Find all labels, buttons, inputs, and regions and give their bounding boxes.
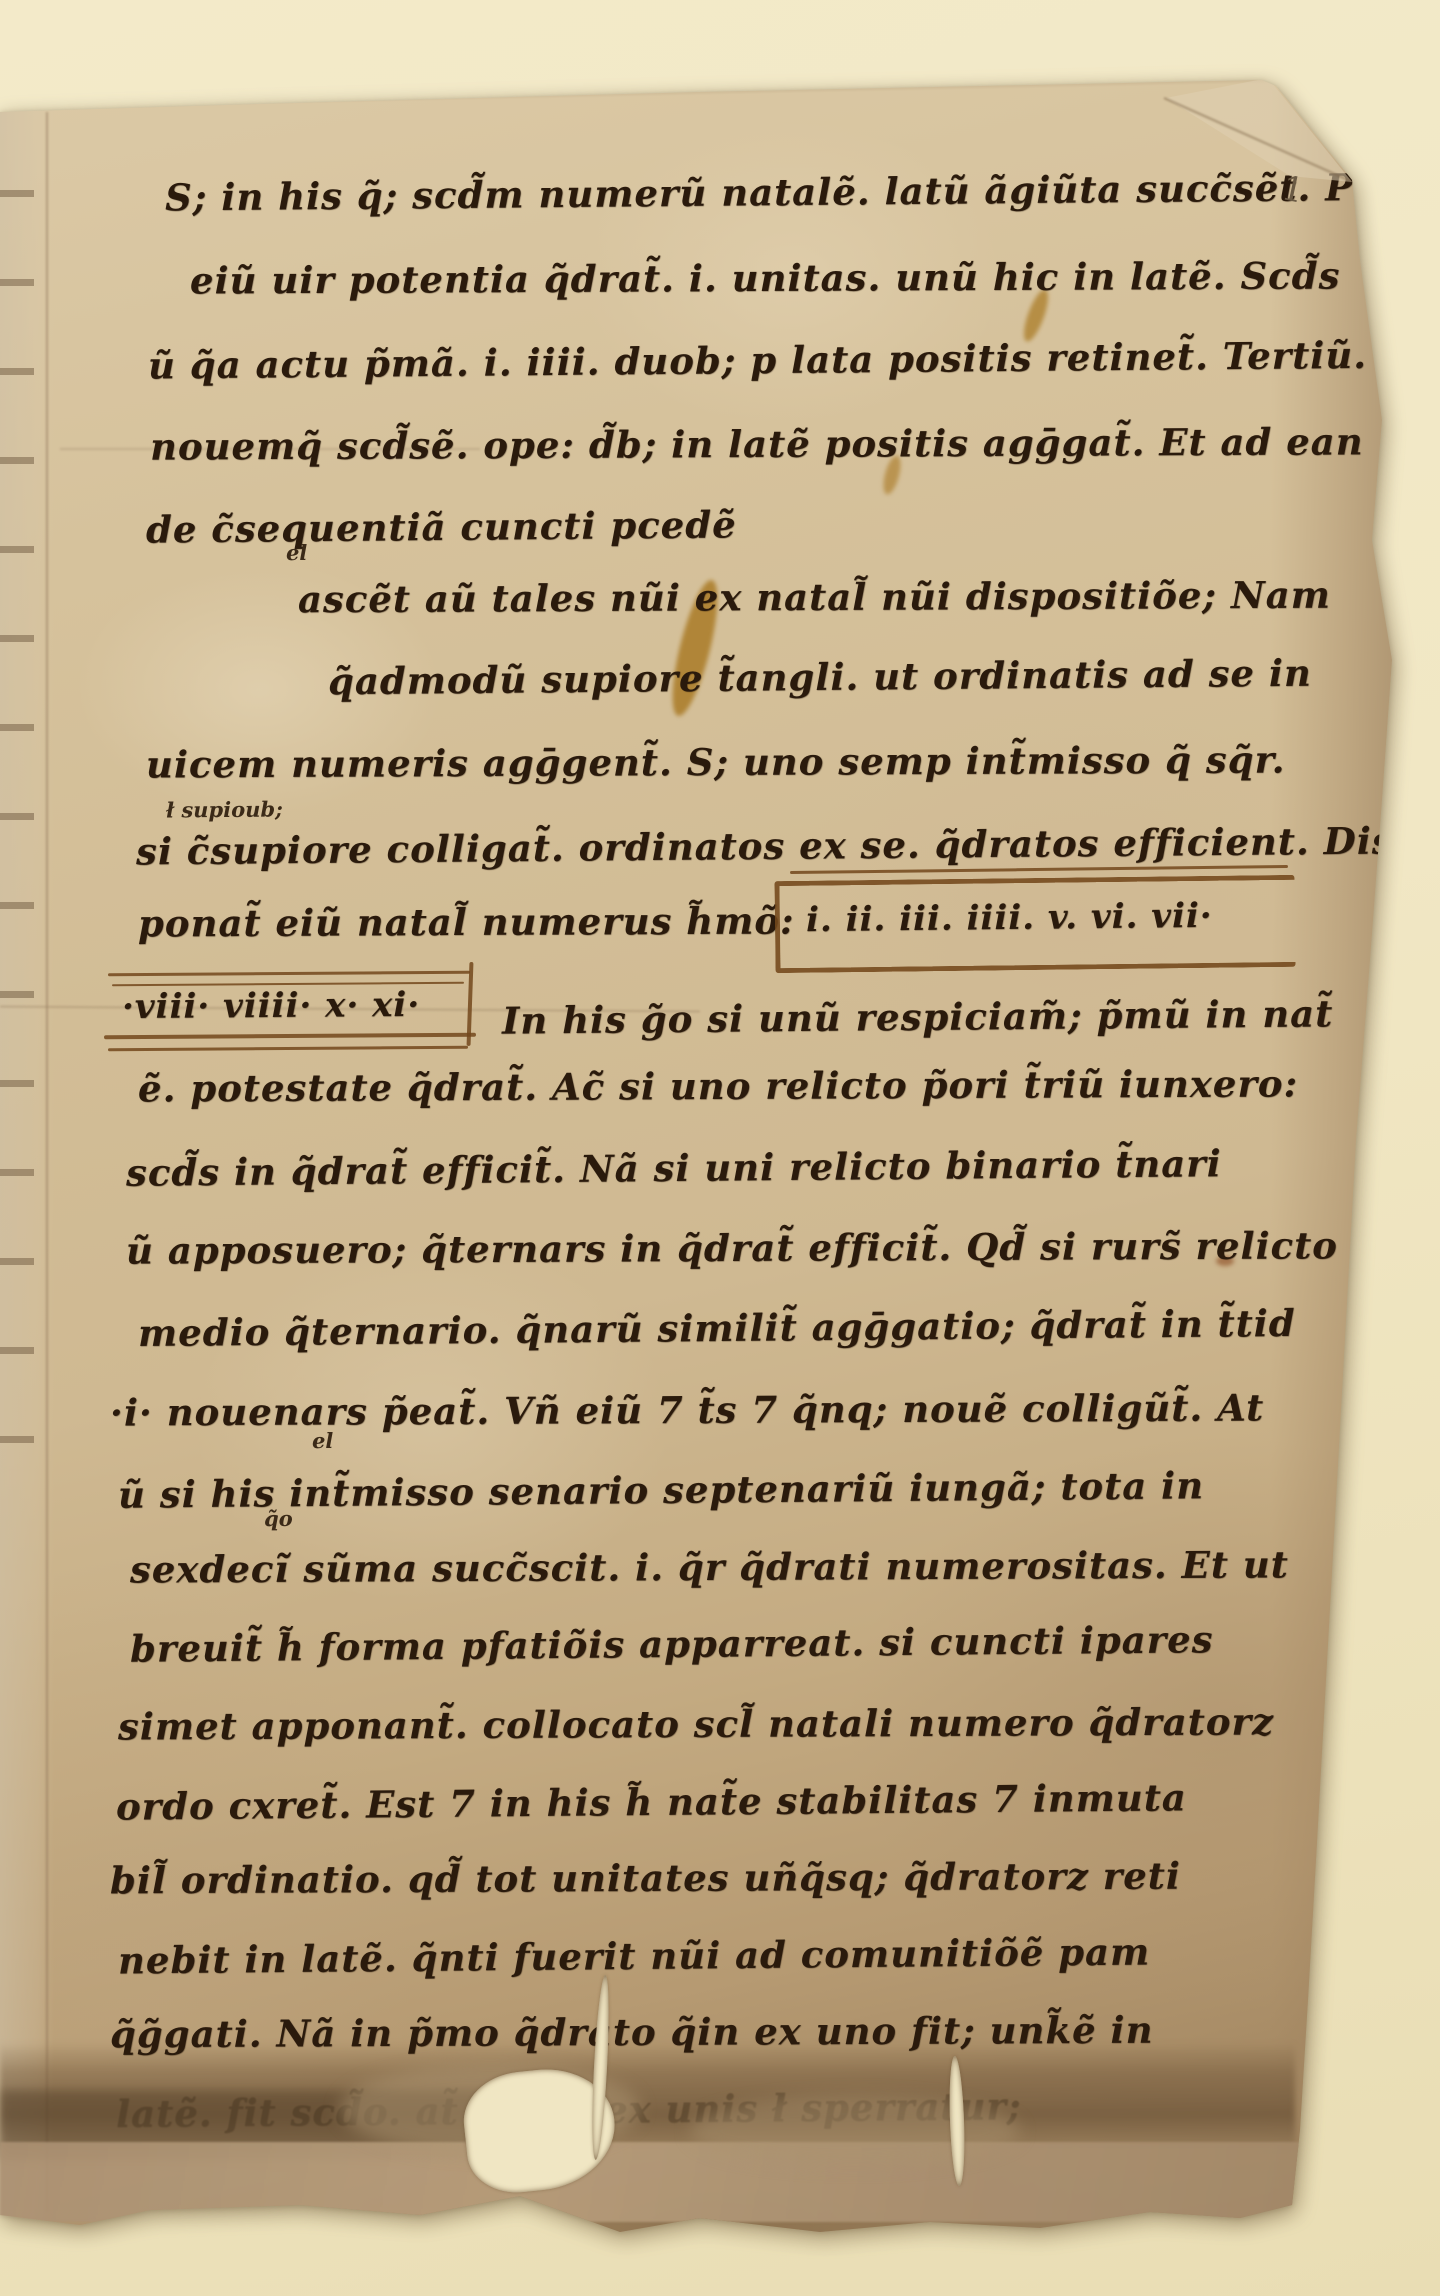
manuscript-line: breuit̃ h̃ forma pfatiõis apparreat. si … [130,1617,1214,1670]
manuscript-line: ponat̃ eiũ natal̃ numerus h̃mõ: [138,899,795,946]
manuscript-line: q̃g̃gati. Nã in p̃mo q̃drato q̃in ex uno… [110,2008,1154,2057]
manuscript-line: de c̃sequentiã cuncti pcedẽ [146,502,737,551]
boxed-numerals-row1: i. ii. iii. iiii. v. vi. vii· [806,896,1213,940]
interlinear-gloss: el [286,540,308,565]
interlinear-gloss: el [312,1428,334,1453]
parchment-shadow-wrap: S; in his q̃; scd̃m numerũ natalẽ. latũ … [0,0,1440,2296]
interlinear-gloss: q̃o [264,1506,293,1531]
manuscript-line: bil̃ ordinatio. qd̃ tot unitates uñq̃sq;… [110,1854,1181,1903]
manuscript-line: ordo cxret̃. Est 7 in his h̃ nat̃e stabi… [116,1775,1187,1828]
manuscript-line: nouemq̃ scd̃sẽ. ope: d̃b; in latẽ positi… [150,419,1364,468]
manuscript-line: simet apponant̃. collocato scl̃ natali n… [118,1699,1274,1748]
numeral-frame-row2-top [108,971,470,977]
manuscript-line: scd̃s in q̃drat̃ efficit̃. Nã si uni rel… [126,1141,1222,1195]
manuscript-line: nebit in latẽ. q̃nti fuerit nũi ad comun… [118,1929,1151,1982]
manuscript-line: ẽ. potestate q̃drat̃. Ac̃ si uno relicto… [138,1061,1298,1110]
manuscript-line: q̃admodũ supiore t̃angli. ut ordinatis a… [328,651,1312,704]
manuscript-line: ũ q̃a actu p̃mã. i. iiii. duob; p lata p… [148,332,1410,387]
manuscript-line: ũ apposuero; q̃ternars in q̃drat̃ effici… [126,1223,1338,1272]
boxed-numerals-row2: ·viii· viiii· x· xi· [122,985,420,1027]
interlinear-gloss: ł supioub; [166,796,283,822]
manuscript-line: medio q̃ternario. q̃narũ similit̃ agḡgat… [138,1301,1296,1355]
manuscript-line: uicem numeris agḡgent̃. S; uno semp int̃… [146,738,1286,787]
manuscript-line: In his g̃o si unũ respiciam̃; p̃mũ in na… [502,991,1334,1042]
manuscript-line: sexdecĩ sũma succ̃scit. i. q̃r q̃drati n… [130,1542,1289,1591]
manuscript-line: ascẽt aũ tales nũi ex natal̃ nũi disposi… [298,573,1331,622]
abrasion-patch [690,2096,1020,2166]
text-block: S; in his q̃; scd̃m numerũ natalẽ. latũ … [0,0,1440,2296]
numeral-frame-row2-bottom-doubled [108,1046,468,1052]
manuscript-line: eiũ uir potentia q̃drat̃. i. unitas. unũ… [190,253,1341,302]
photo-background: S; in his q̃; scd̃m numerũ natalẽ. latũ … [0,0,1440,2296]
parchment-sheet: S; in his q̃; scd̃m numerũ natalẽ. latũ … [0,0,1440,2296]
numeral-frame-row2-bottom [104,1033,476,1040]
manuscript-line: ·i· nouenars p̃eat̃. Vñ eiũ 7 t̃s 7 q̃nq… [110,1385,1264,1434]
manuscript-line: S; in his q̃; scd̃m numerũ natalẽ. latũ … [165,164,1430,219]
